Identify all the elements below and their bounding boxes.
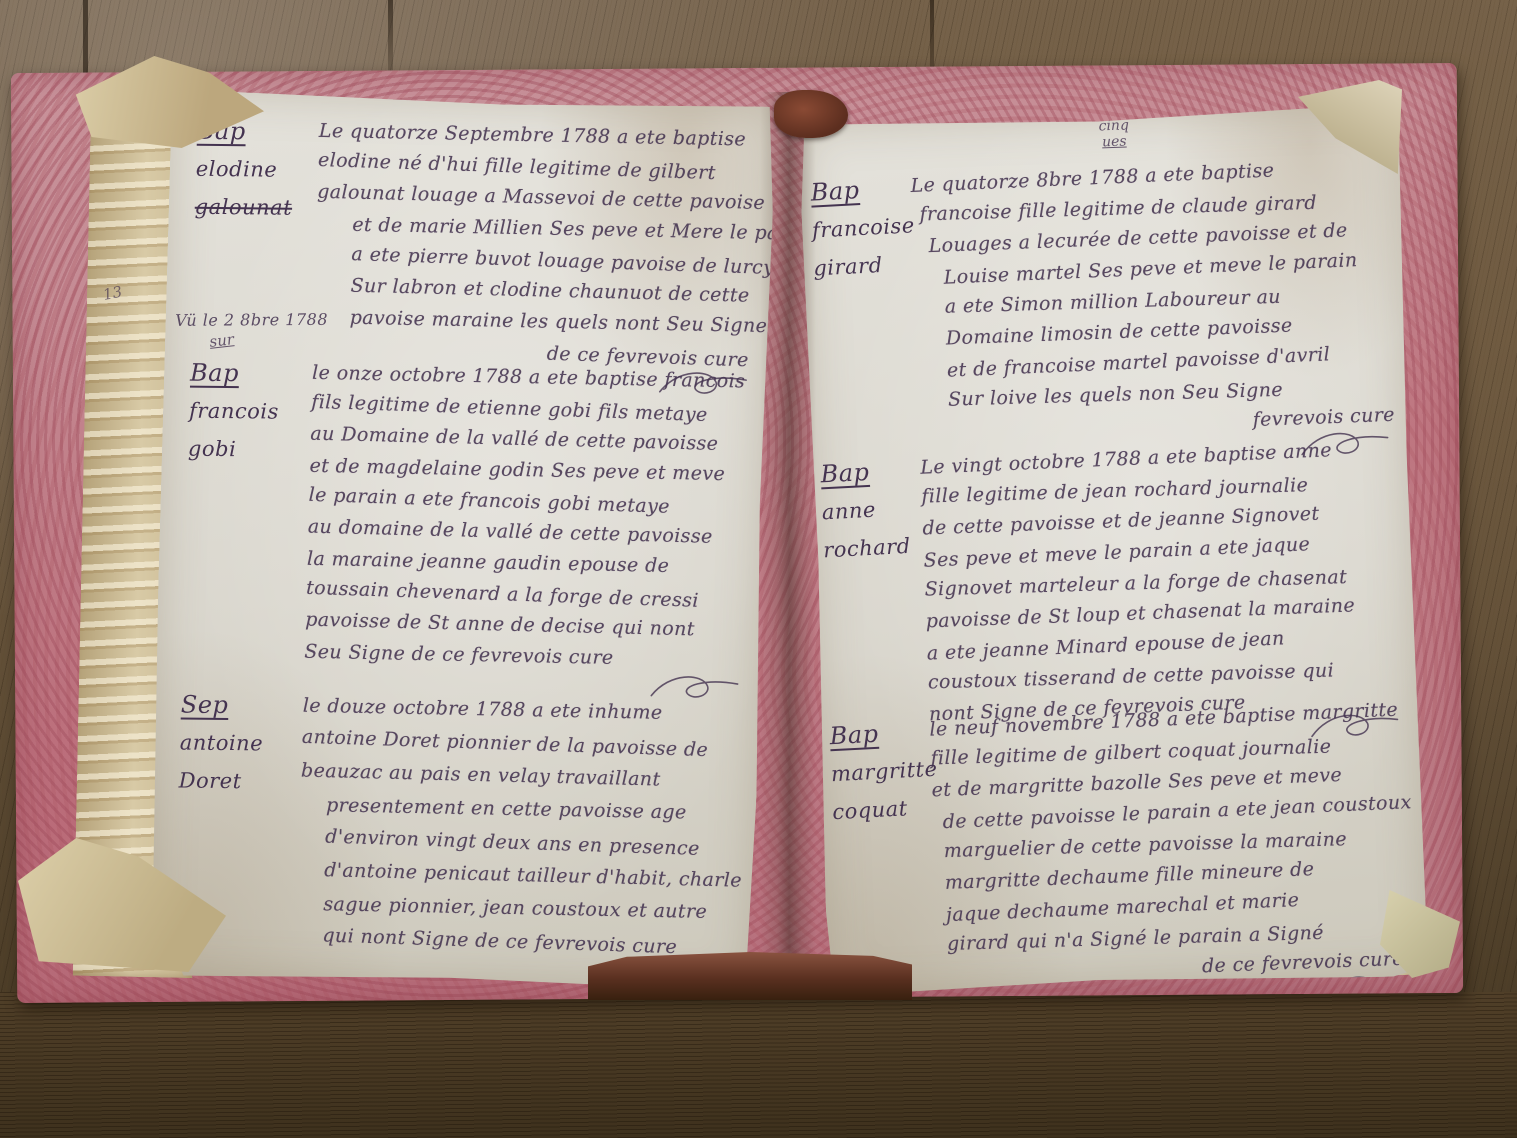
margin-word: galounat [195,188,315,227]
spine-tail [588,952,912,1000]
margin-word: elodine [196,150,316,189]
margin-word: Bap [190,354,310,393]
register-entry: SepantoineDoretle douze octobre 1788 a e… [173,684,751,992]
book-gutter-shadow [760,92,816,994]
register-entry: Bapfrancoisgobile onze octobre 1788 a et… [181,353,760,707]
wood-plank-seam [388,0,393,74]
entry-margin-labels: SepantoineDoret [178,684,301,801]
margin-word: antoine [180,724,300,763]
photo-parish-register: 13 Vü le 2 8bre 1788 sur Bapelodinegalou… [0,0,1517,1138]
table-surface [0,992,1517,1138]
right-page: cinq ues BapfrancoisegirardLe quatorze 8… [798,104,1428,996]
margin-word: Doret [179,762,299,801]
entry-text: le onze octobre 1788 a ete baptise franc… [303,356,760,706]
register-entry: Bapmargrittecoquatle neuf novembre 1788 … [829,696,1421,1023]
interlinear-correction: cinq ues [1098,117,1129,150]
margin-word: girard [812,243,934,287]
margin-word: gobi [188,430,308,469]
entry-text: le neuf novembre 1788 a ete baptise marg… [929,696,1421,1020]
interlinear-word: ues [1099,133,1130,150]
entry-text: le douze octobre 1788 a ete inhumeantoin… [295,688,751,992]
entry-text: Le quatorze 8bre 1788 a ete baptisefranc… [910,152,1402,476]
left-page: Vü le 2 8bre 1788 sur Bapelodinegalounat… [147,90,775,992]
entry-margin-labels: Bapfrancoisgobi [187,353,310,470]
margin-word: francoise [811,205,933,249]
edge-mark: 13 [102,283,124,304]
register-entry: BapfrancoisegirardLe quatorze 8bre 1788 … [810,152,1402,479]
margin-word: francois [189,392,309,431]
spine-headband [774,90,848,138]
margin-word: Sep [181,686,301,725]
